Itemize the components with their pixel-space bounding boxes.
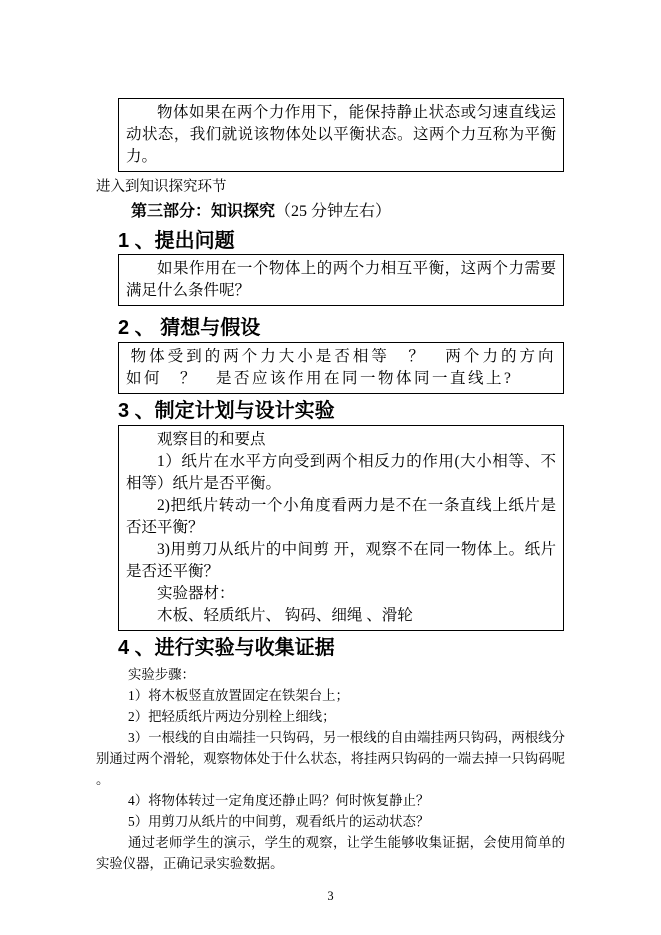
page-content: 物体如果在两个力作用下，能保持静止状态或匀速直线运动状态，我们就说该物体处以平衡…	[96, 0, 565, 904]
part3-heading-title: 第三部分：知识探究	[131, 203, 275, 220]
part3-heading-duration: （25 分钟左右）	[275, 203, 391, 220]
steps-paragraph: 实验步骤：	[96, 664, 565, 685]
plan-box: 观察目的和要点 1）纸片在水平方向受到两个相反力的作用(大小相等、不相等）纸片是…	[118, 425, 564, 631]
section2-heading: 2 、 猜想与假设	[118, 315, 565, 341]
plan-box-line: 1）纸片在水平方向受到两个相反力的作用(大小相等、不相等）纸片是否平衡。	[126, 451, 556, 495]
steps-paragraph: 5）用剪刀从纸片的中间剪，观看纸片的运动状态？	[96, 811, 565, 832]
transition-note: 进入到知识探究环节	[96, 178, 565, 197]
question-box: 如果作用在一个物体上的两个力相互平衡，这两个力需要满足什么条件呢？	[118, 254, 564, 306]
plan-box-line: 观察目的和要点	[126, 429, 556, 451]
document-page: 物体如果在两个力作用下，能保持静止状态或匀速直线运动状态，我们就说该物体处以平衡…	[0, 0, 661, 935]
section1-heading: 1 、提出问题	[118, 228, 565, 254]
plan-box-line: 3)用剪刀从纸片的中间剪 开，观察不在同一物体上。纸片是否还平衡？	[126, 539, 556, 583]
balance-definition-box: 物体如果在两个力作用下，能保持静止状态或匀速直线运动状态，我们就说该物体处以平衡…	[118, 98, 564, 172]
section4-heading: 4 、进行实验与收集证据	[118, 635, 565, 661]
steps-paragraph: 4）将物体转过一定角度还静止吗？何时恢复静止？	[96, 790, 565, 811]
question-box-text: 如果作用在一个物体上的两个力相互平衡，这两个力需要满足什么条件呢？	[126, 258, 556, 302]
part3-heading: 第三部分：知识探究（25 分钟左右）	[131, 201, 565, 223]
experiment-steps: 实验步骤： 1）将木板竖直放置固定在铁架台上； 2）把轻质纸片两边分别栓上细线；…	[96, 664, 565, 874]
steps-paragraph: 1）将木板竖直放置固定在铁架台上；	[96, 685, 565, 706]
steps-paragraph: 通过老师学生的演示，学生的观察，让学生能够收集证据，会使用简单的实验仪器，正确记…	[96, 832, 565, 874]
hypothesis-box-text: 物体受到的两个力大小是否相等 ？ 两个力的方向如何 ？ 是否应该作用在同一物体同…	[126, 346, 556, 390]
steps-paragraph: 3）一根线的自由端挂一只钩码，另一根线的自由端挂两只钩码，两根线分别通过两个滑轮…	[96, 727, 565, 790]
hypothesis-box: 物体受到的两个力大小是否相等 ？ 两个力的方向如何 ？ 是否应该作用在同一物体同…	[118, 342, 564, 394]
balance-definition-text: 物体如果在两个力作用下，能保持静止状态或匀速直线运动状态，我们就说该物体处以平衡…	[126, 102, 556, 168]
plan-box-line: 实验器材：	[126, 583, 556, 605]
plan-box-line: 2)把纸片转动一个小角度看两力是不在一条直线上纸片是否还平衡？	[126, 495, 556, 539]
page-number: 3	[96, 888, 565, 904]
steps-paragraph: 2）把轻质纸片两边分别栓上细线；	[96, 706, 565, 727]
section3-heading: 3 、制定计划与设计实验	[118, 398, 565, 424]
plan-box-line: 木板、轻质纸片、 钩码、细绳 、滑轮	[126, 605, 556, 627]
